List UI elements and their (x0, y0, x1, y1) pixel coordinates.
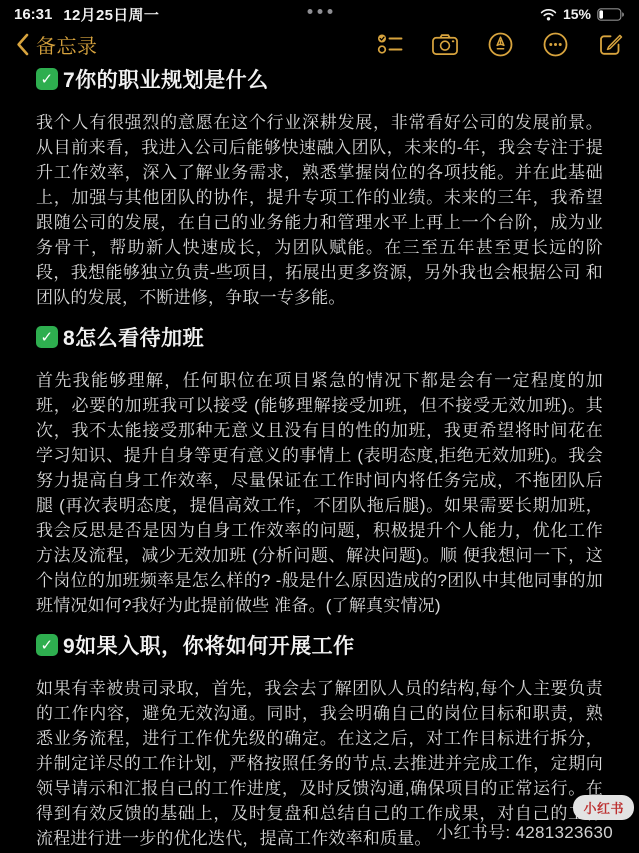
check-emoji-icon: ✓ (36, 326, 58, 348)
section-title: ✓ 8怎么看待加班 (36, 322, 603, 352)
checklist-icon[interactable] (377, 31, 403, 57)
wifi-icon (540, 8, 557, 21)
status-bar: 16:31 12月25日周一 15% (0, 0, 639, 24)
markup-pen-icon[interactable] (487, 31, 513, 57)
more-options-icon[interactable] (542, 31, 568, 57)
section-body-text: 首先我能够理解，任何职位在项目紧急的情况下都是会有一定程度的加班，必要的加班我可… (36, 368, 603, 618)
status-left: 16:31 12月25日周一 (14, 4, 159, 25)
section-body-text: 我个人有很强烈的意愿在这个行业深耕发展，非常看好公司的发展前景。从目前来看，我进… (36, 110, 603, 310)
xiaohongshu-account-id: 小红书号: 4281323630 (436, 818, 613, 843)
note-section-overtime: ✓ 8怎么看待加班 首先我能够理解，任何职位在项目紧急的情况下都是会有一定程度的… (36, 322, 603, 618)
section-title: ✓ 7你的职业规划是什么 (36, 64, 603, 94)
battery-icon (597, 8, 625, 21)
battery-percent: 15% (563, 6, 591, 22)
nav-bar: 备忘录 (0, 24, 639, 64)
xiaohongshu-badge: 小红书 (573, 795, 634, 820)
section-title-text: 8怎么看待加班 (63, 322, 204, 352)
check-emoji-icon: ✓ (36, 634, 58, 656)
compose-note-icon[interactable] (597, 31, 623, 57)
nav-actions (377, 31, 623, 57)
section-title-text: 7你的职业规划是什么 (63, 64, 269, 94)
note-content[interactable]: ✓ 7你的职业规划是什么 我个人有很强烈的意愿在这个行业深耕发展，非常看好公司的… (36, 64, 603, 853)
chevron-left-icon (16, 33, 29, 56)
check-emoji-icon: ✓ (36, 68, 58, 90)
status-right: 15% (540, 6, 625, 22)
back-button-label: 备忘录 (36, 30, 98, 59)
camera-icon[interactable] (432, 31, 458, 57)
note-section-career-plan: ✓ 7你的职业规划是什么 我个人有很强烈的意愿在这个行业深耕发展，非常看好公司的… (36, 64, 603, 310)
back-to-notes-button[interactable]: 备忘录 (16, 30, 98, 59)
multitasking-dots-icon (307, 9, 332, 14)
section-title-text: 9如果入职，你将如何开展工作 (63, 630, 355, 660)
notes-app-page: 16:31 12月25日周一 15% (0, 0, 639, 853)
status-date: 12月25日周一 (63, 4, 159, 25)
clock-time: 16:31 (14, 6, 52, 23)
section-title: ✓ 9如果入职，你将如何开展工作 (36, 630, 603, 660)
